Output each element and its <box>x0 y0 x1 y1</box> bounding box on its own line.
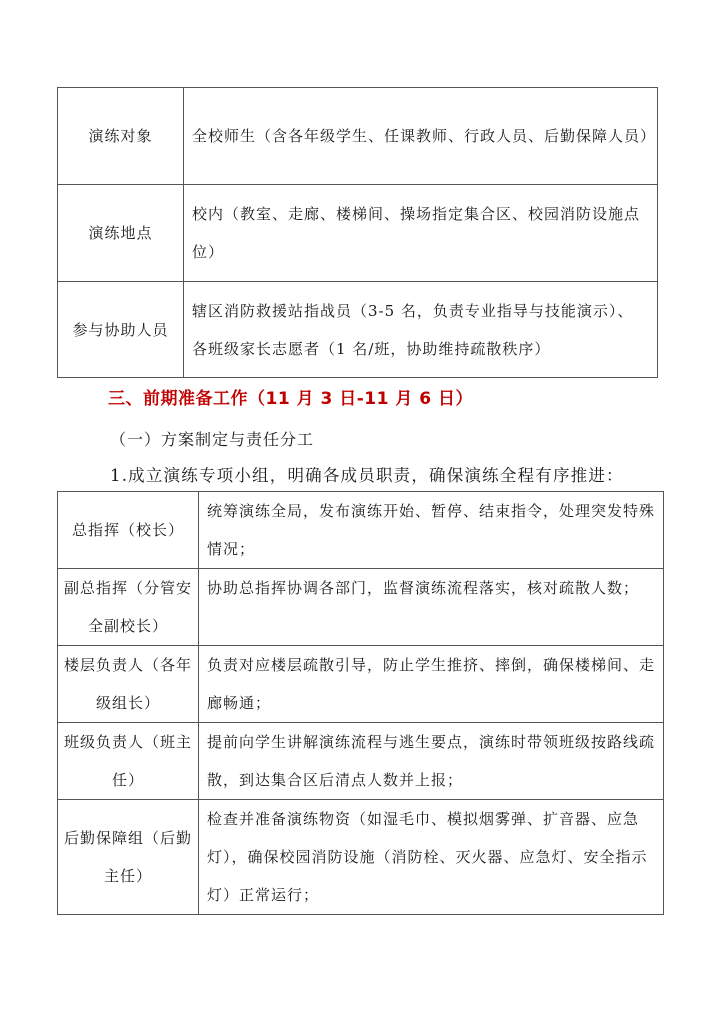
role-label: 总指挥（校长） <box>58 492 199 569</box>
table-row: 副总指挥（分管安全副校长） 协助总指挥协调各部门，监督演练流程落实，核对疏散人数… <box>58 569 664 646</box>
row-content: 校内（教室、走廊、楼梯间、操场指定集合区、校园消防设施点位） <box>184 185 658 282</box>
role-duty: 协助总指挥协调各部门，监督演练流程落实，核对疏散人数； <box>199 569 664 646</box>
subsection-heading: （一）方案制定与责任分工 <box>110 427 314 450</box>
role-label: 副总指挥（分管安全副校长） <box>58 569 199 646</box>
role-duty: 统筹演练全局，发布演练开始、暂停、结束指令，处理突发特殊情况； <box>199 492 664 569</box>
table-row: 后勤保障组（后勤主任） 检查并准备演练物资（如湿毛巾、模拟烟雾弹、扩音器、应急灯… <box>58 800 664 915</box>
row-content: 全校师生（含各年级学生、任课教师、行政人员、后勤保障人员） <box>184 88 658 185</box>
role-duty: 提前向学生讲解演练流程与逃生要点，演练时带领班级按路线疏散，到达集合区后清点人数… <box>199 723 664 800</box>
role-duty: 负责对应楼层疏散引导，防止学生推挤、摔倒，确保楼梯间、走廊畅通； <box>199 646 664 723</box>
row-label: 演练对象 <box>58 88 184 185</box>
table-row: 演练对象 全校师生（含各年级学生、任课教师、行政人员、后勤保障人员） <box>58 88 658 185</box>
row-label: 参与协助人员 <box>58 282 184 378</box>
role-duty: 检查并准备演练物资（如湿毛巾、模拟烟雾弹、扩音器、应急灯），确保校园消防设施（消… <box>199 800 664 915</box>
row-label: 演练地点 <box>58 185 184 282</box>
table-row: 参与协助人员 辖区消防救援站指战员（3-5 名，负责专业指导与技能演示）、各班级… <box>58 282 658 378</box>
table-row: 楼层负责人（各年级组长） 负责对应楼层疏散引导，防止学生推挤、摔倒，确保楼梯间、… <box>58 646 664 723</box>
list-item: 1.成立演练专项小组，明确各成员职责，确保演练全程有序推进： <box>110 462 624 486</box>
drill-info-table: 演练对象 全校师生（含各年级学生、任课教师、行政人员、后勤保障人员） 演练地点 … <box>57 87 658 378</box>
role-label: 后勤保障组（后勤主任） <box>58 800 199 915</box>
table-row: 班级负责人（班主任） 提前向学生讲解演练流程与逃生要点，演练时带领班级按路线疏散… <box>58 723 664 800</box>
section-heading: 三、前期准备工作（11 月 3 日-11 月 6 日） <box>108 384 473 409</box>
row-content: 辖区消防救援站指战员（3-5 名，负责专业指导与技能演示）、各班级家长志愿者（1… <box>184 282 658 378</box>
role-label: 班级负责人（班主任） <box>58 723 199 800</box>
table-row: 演练地点 校内（教室、走廊、楼梯间、操场指定集合区、校园消防设施点位） <box>58 185 658 282</box>
table-row: 总指挥（校长） 统筹演练全局，发布演练开始、暂停、结束指令，处理突发特殊情况； <box>58 492 664 569</box>
role-label: 楼层负责人（各年级组长） <box>58 646 199 723</box>
responsibility-table: 总指挥（校长） 统筹演练全局，发布演练开始、暂停、结束指令，处理突发特殊情况； … <box>57 491 664 915</box>
